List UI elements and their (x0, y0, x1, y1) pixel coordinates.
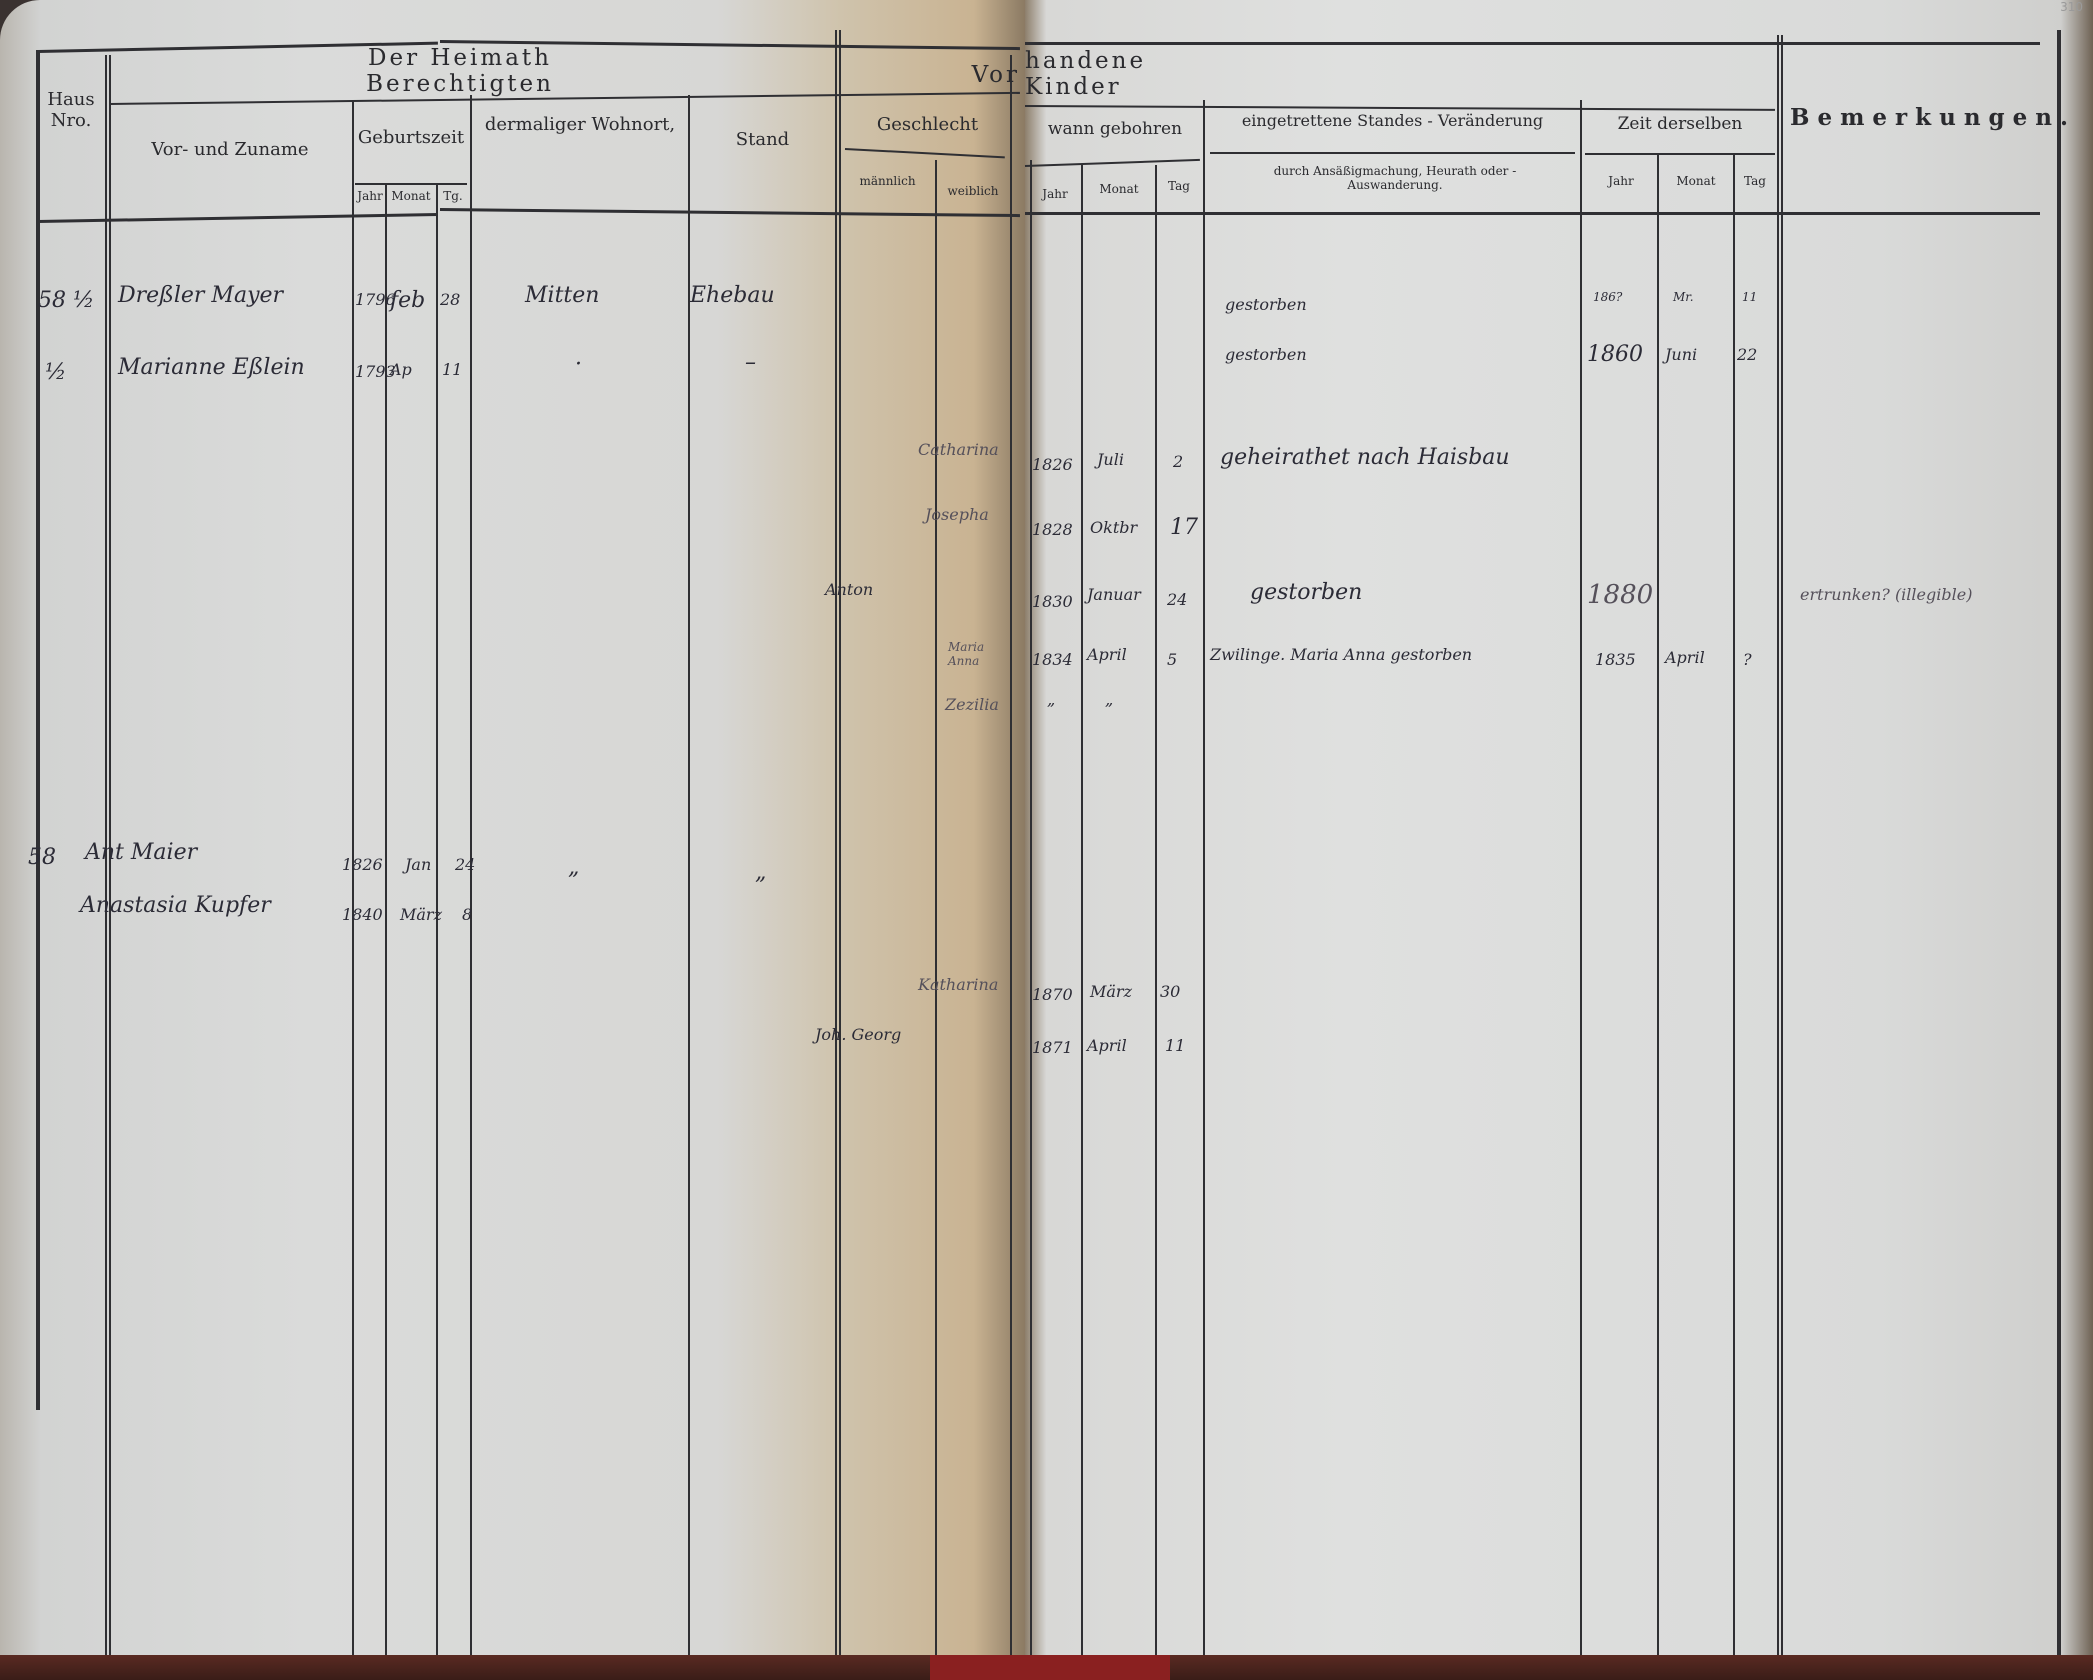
child-birth-day: 24 (1167, 590, 1187, 609)
group-title-kinder-part1: Vor (960, 62, 1020, 88)
entry-birth-year: 1840 (342, 905, 383, 924)
entry-birth-month: feb (390, 288, 425, 313)
child-birth-year: 1828 (1032, 520, 1073, 539)
entry-birth-day: 24 (455, 855, 475, 874)
entry-stand: – (745, 350, 756, 375)
col-header-geburt-tag: Tg. (437, 190, 469, 204)
subheader-rule (845, 148, 1005, 158)
col-header-standes-veraenderung: eingetrettene Standes - Veränderung (1210, 112, 1575, 130)
group-title-kinder-part2: handene Kinder (1025, 48, 1245, 101)
entry-change-month: Mr. (1673, 290, 1694, 304)
col-header-kind-monat: Monat (1083, 183, 1155, 197)
entry-name: Dreßler Mayer (118, 283, 283, 308)
entry-change-year: 186? (1593, 290, 1622, 304)
entry-birth-month: Jan (405, 855, 431, 874)
header-bottom-rule (440, 208, 1020, 217)
child-birth-day: 30 (1160, 982, 1180, 1001)
col-header-bemerkungen: Bemerkungen. (1790, 105, 2055, 131)
column-rule (1580, 100, 1582, 1655)
col-header-geburtszeit: Geburtszeit (355, 128, 467, 149)
col-header-wann-gebohren: wann gebohren (1030, 120, 1200, 140)
entry-name: Anastasia Kupfer (80, 893, 271, 918)
col-header-stand: Stand (695, 130, 830, 151)
header-top-rule (1025, 42, 2040, 45)
child-birth-day: 2 (1173, 452, 1183, 471)
col-header-zeit-tag: Tag (1734, 175, 1776, 189)
child-change-month: April (1665, 648, 1705, 667)
entry-birth-month: März (400, 905, 442, 924)
child-birth-year: 1871 (1032, 1038, 1073, 1057)
col-header-wohnort: dermaliger Wohnort, (480, 115, 680, 136)
col-header-zeit-jahr: Jahr (1585, 175, 1657, 189)
child-birth-year: 1826 (1032, 455, 1073, 474)
column-rule (1777, 35, 1779, 1655)
subheader-rule (1025, 159, 1200, 167)
subheader-rule (1585, 153, 1775, 155)
column-rule (935, 160, 937, 1655)
child-name-maennlich: Joh. Georg (815, 1025, 901, 1044)
child-birth-month: Januar (1087, 585, 1141, 604)
entry-birth-month: Ap (390, 360, 412, 379)
column-rule (470, 95, 472, 1655)
group-title-heimath: Der Heimath Berechtigten (280, 45, 640, 98)
child-status-change: Zwilinge. Maria Anna gestorben (1210, 645, 1472, 664)
page-corner-mark: 310 (2060, 0, 2083, 14)
entry-name: Ant Maier (85, 840, 197, 865)
column-rule (2057, 30, 2061, 1655)
col-header-geburt-jahr: Jahr (355, 190, 385, 204)
child-name-weiblich: Zezilia (945, 695, 999, 714)
entry-name: Marianne Eßlein (118, 355, 305, 380)
column-rule (1733, 155, 1735, 1655)
child-name-weiblich: Maria Anna (948, 640, 1008, 668)
entry-wohnort: Mitten (525, 283, 599, 308)
column-rule (835, 30, 837, 1655)
column-rule (1781, 35, 1783, 1655)
column-rule (1081, 165, 1083, 1655)
child-status-change: gestorben (1250, 580, 1362, 605)
child-birth-day: 17 (1170, 515, 1198, 540)
child-birth-day: 5 (1167, 650, 1177, 669)
column-rule (352, 100, 354, 1655)
child-change-year: 1835 (1595, 650, 1636, 669)
entry-haus-nro: ½ (45, 360, 66, 385)
left-page: Der Heimath Berechtigten Haus Nro. Vor- … (0, 0, 1025, 1665)
entry-stand: „ (755, 860, 766, 885)
col-header-standes-sub: durch Ansäßigmachung, Heurath oder - Aus… (1250, 165, 1540, 193)
child-remark: ertrunken? (illegible) (1800, 585, 1972, 604)
entry-change-month: Juni (1665, 345, 1697, 364)
child-name-weiblich: Catharina (918, 440, 999, 459)
entry-change-day: 22 (1737, 345, 1757, 364)
red-binding-strip (930, 1655, 1170, 1680)
child-birth-month: Juli (1097, 450, 1124, 469)
child-birth-month: April (1087, 645, 1127, 664)
child-name-weiblich: Katharina (918, 975, 998, 994)
child-name-weiblich: Josepha (925, 505, 989, 524)
entry-status-change: gestorben (1225, 345, 1307, 364)
entry-change-day: 11 (1742, 290, 1757, 304)
child-name-maennlich: Anton (825, 580, 873, 599)
child-birth-month: „ (1105, 690, 1113, 709)
col-header-kind-jahr: Jahr (1030, 188, 1080, 202)
subheader-rule (355, 183, 467, 185)
child-birth-month: Oktbr (1090, 518, 1137, 537)
subheader-rule (1210, 152, 1575, 154)
child-change-day: ? (1743, 650, 1752, 669)
column-rule (839, 30, 841, 1655)
col-header-zeit-derselben: Zeit derselben (1585, 115, 1775, 135)
col-header-kind-tag: Tag (1156, 180, 1202, 194)
header-bottom-rule (38, 213, 438, 223)
child-status-change: geheirathet nach Haisbau (1220, 445, 1510, 470)
entry-haus-nro: 58 ½ (38, 288, 94, 313)
col-header-weiblich: weiblich (937, 185, 1009, 199)
entry-birth-day: 28 (440, 290, 460, 309)
col-header-zeit-monat: Monat (1659, 175, 1733, 189)
column-rule (1030, 160, 1032, 1655)
child-birth-day: 11 (1165, 1036, 1185, 1055)
child-birth-year: 1834 (1032, 650, 1073, 669)
child-change-year: 1880 (1587, 580, 1653, 610)
entry-status-change: gestorben (1225, 295, 1307, 314)
column-rule (1203, 100, 1205, 1655)
column-rule (385, 183, 387, 1655)
column-rule (1155, 165, 1157, 1655)
child-birth-year: 1830 (1032, 592, 1073, 611)
open-register-book: Der Heimath Berechtigten Haus Nro. Vor- … (0, 0, 2093, 1680)
col-header-haus-nro: Haus Nro. (40, 90, 102, 131)
entry-birth-day: 11 (442, 360, 462, 379)
entry-birth-day: 8 (462, 905, 472, 924)
child-birth-year: 1870 (1032, 985, 1073, 1004)
entry-wohnort: „ (568, 855, 579, 880)
col-header-maennlich: männlich (840, 175, 935, 189)
col-header-geschlecht: Geschlecht (845, 115, 1010, 136)
column-rule (1010, 55, 1012, 1655)
book-binding-edge (0, 1655, 2093, 1680)
child-birth-month: März (1090, 982, 1132, 1001)
entry-birth-year: 1826 (342, 855, 383, 874)
header-bottom-rule (1025, 212, 2040, 215)
child-birth-month: April (1087, 1036, 1127, 1055)
entry-wohnort: · (575, 352, 582, 377)
col-header-geburt-monat: Monat (386, 190, 436, 204)
column-rule (36, 50, 40, 1410)
child-birth-year: „ (1047, 690, 1055, 709)
entry-change-year: 1860 (1587, 342, 1643, 367)
col-header-name: Vor- und Zuname (115, 140, 345, 161)
entry-haus-nro: 58 (28, 845, 56, 870)
entry-stand: Ehebau (690, 283, 775, 308)
right-page: 310 handene Kinder wann gebohren Jahr Mo… (1025, 0, 2093, 1665)
column-rule (1657, 155, 1659, 1655)
column-rule (688, 95, 690, 1655)
